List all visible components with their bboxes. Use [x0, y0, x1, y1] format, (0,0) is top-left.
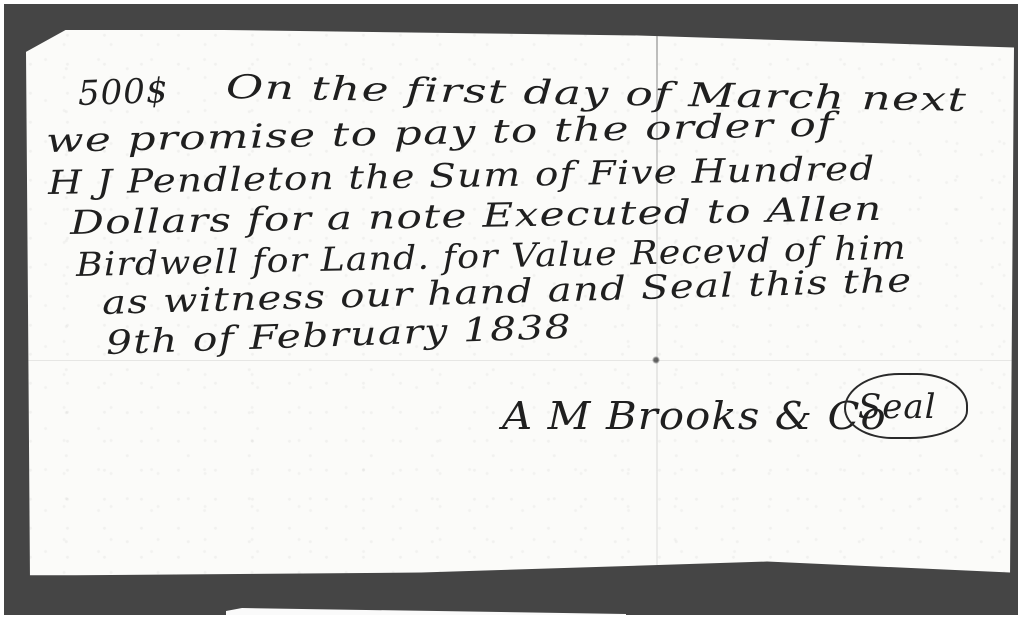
- promissory-note-paper: 500$ On the first day of March next we p…: [26, 30, 1014, 578]
- note-amount: 500$: [77, 71, 169, 114]
- signature: A M Brooks & Co: [502, 394, 887, 438]
- horizontal-fold-crease: [26, 360, 1014, 361]
- fold-intersection-mark: [648, 352, 664, 368]
- scan-background: 500$ On the first day of March next we p…: [4, 4, 1018, 615]
- adjacent-page-edge: [226, 608, 626, 615]
- seal-label: Seal: [858, 387, 937, 427]
